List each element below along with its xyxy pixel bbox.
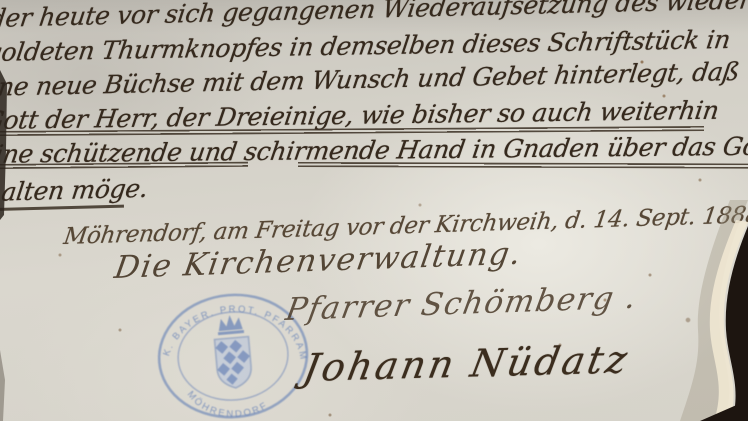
- underline-gotteshaus: [298, 162, 748, 169]
- underline-schirmende-hand: [0, 162, 248, 169]
- signature-pfarrer: Pfarrer Schömberg .: [283, 279, 640, 328]
- stamp-arc-bottom-text: MÖHRENDORF: [184, 383, 271, 421]
- stamp-bavarian-shield-icon: [215, 337, 253, 390]
- stamp-crown-icon: [217, 314, 245, 335]
- manuscript-line-6: halten möge.: [0, 174, 150, 207]
- svg-text:MÖHRENDORF: MÖHRENDORF: [184, 383, 271, 421]
- signature-johann: Johann Nüdatz: [300, 337, 633, 390]
- photo-of-manuscript: { "doc": { "lines": [ "der heute vor sic…: [0, 0, 748, 421]
